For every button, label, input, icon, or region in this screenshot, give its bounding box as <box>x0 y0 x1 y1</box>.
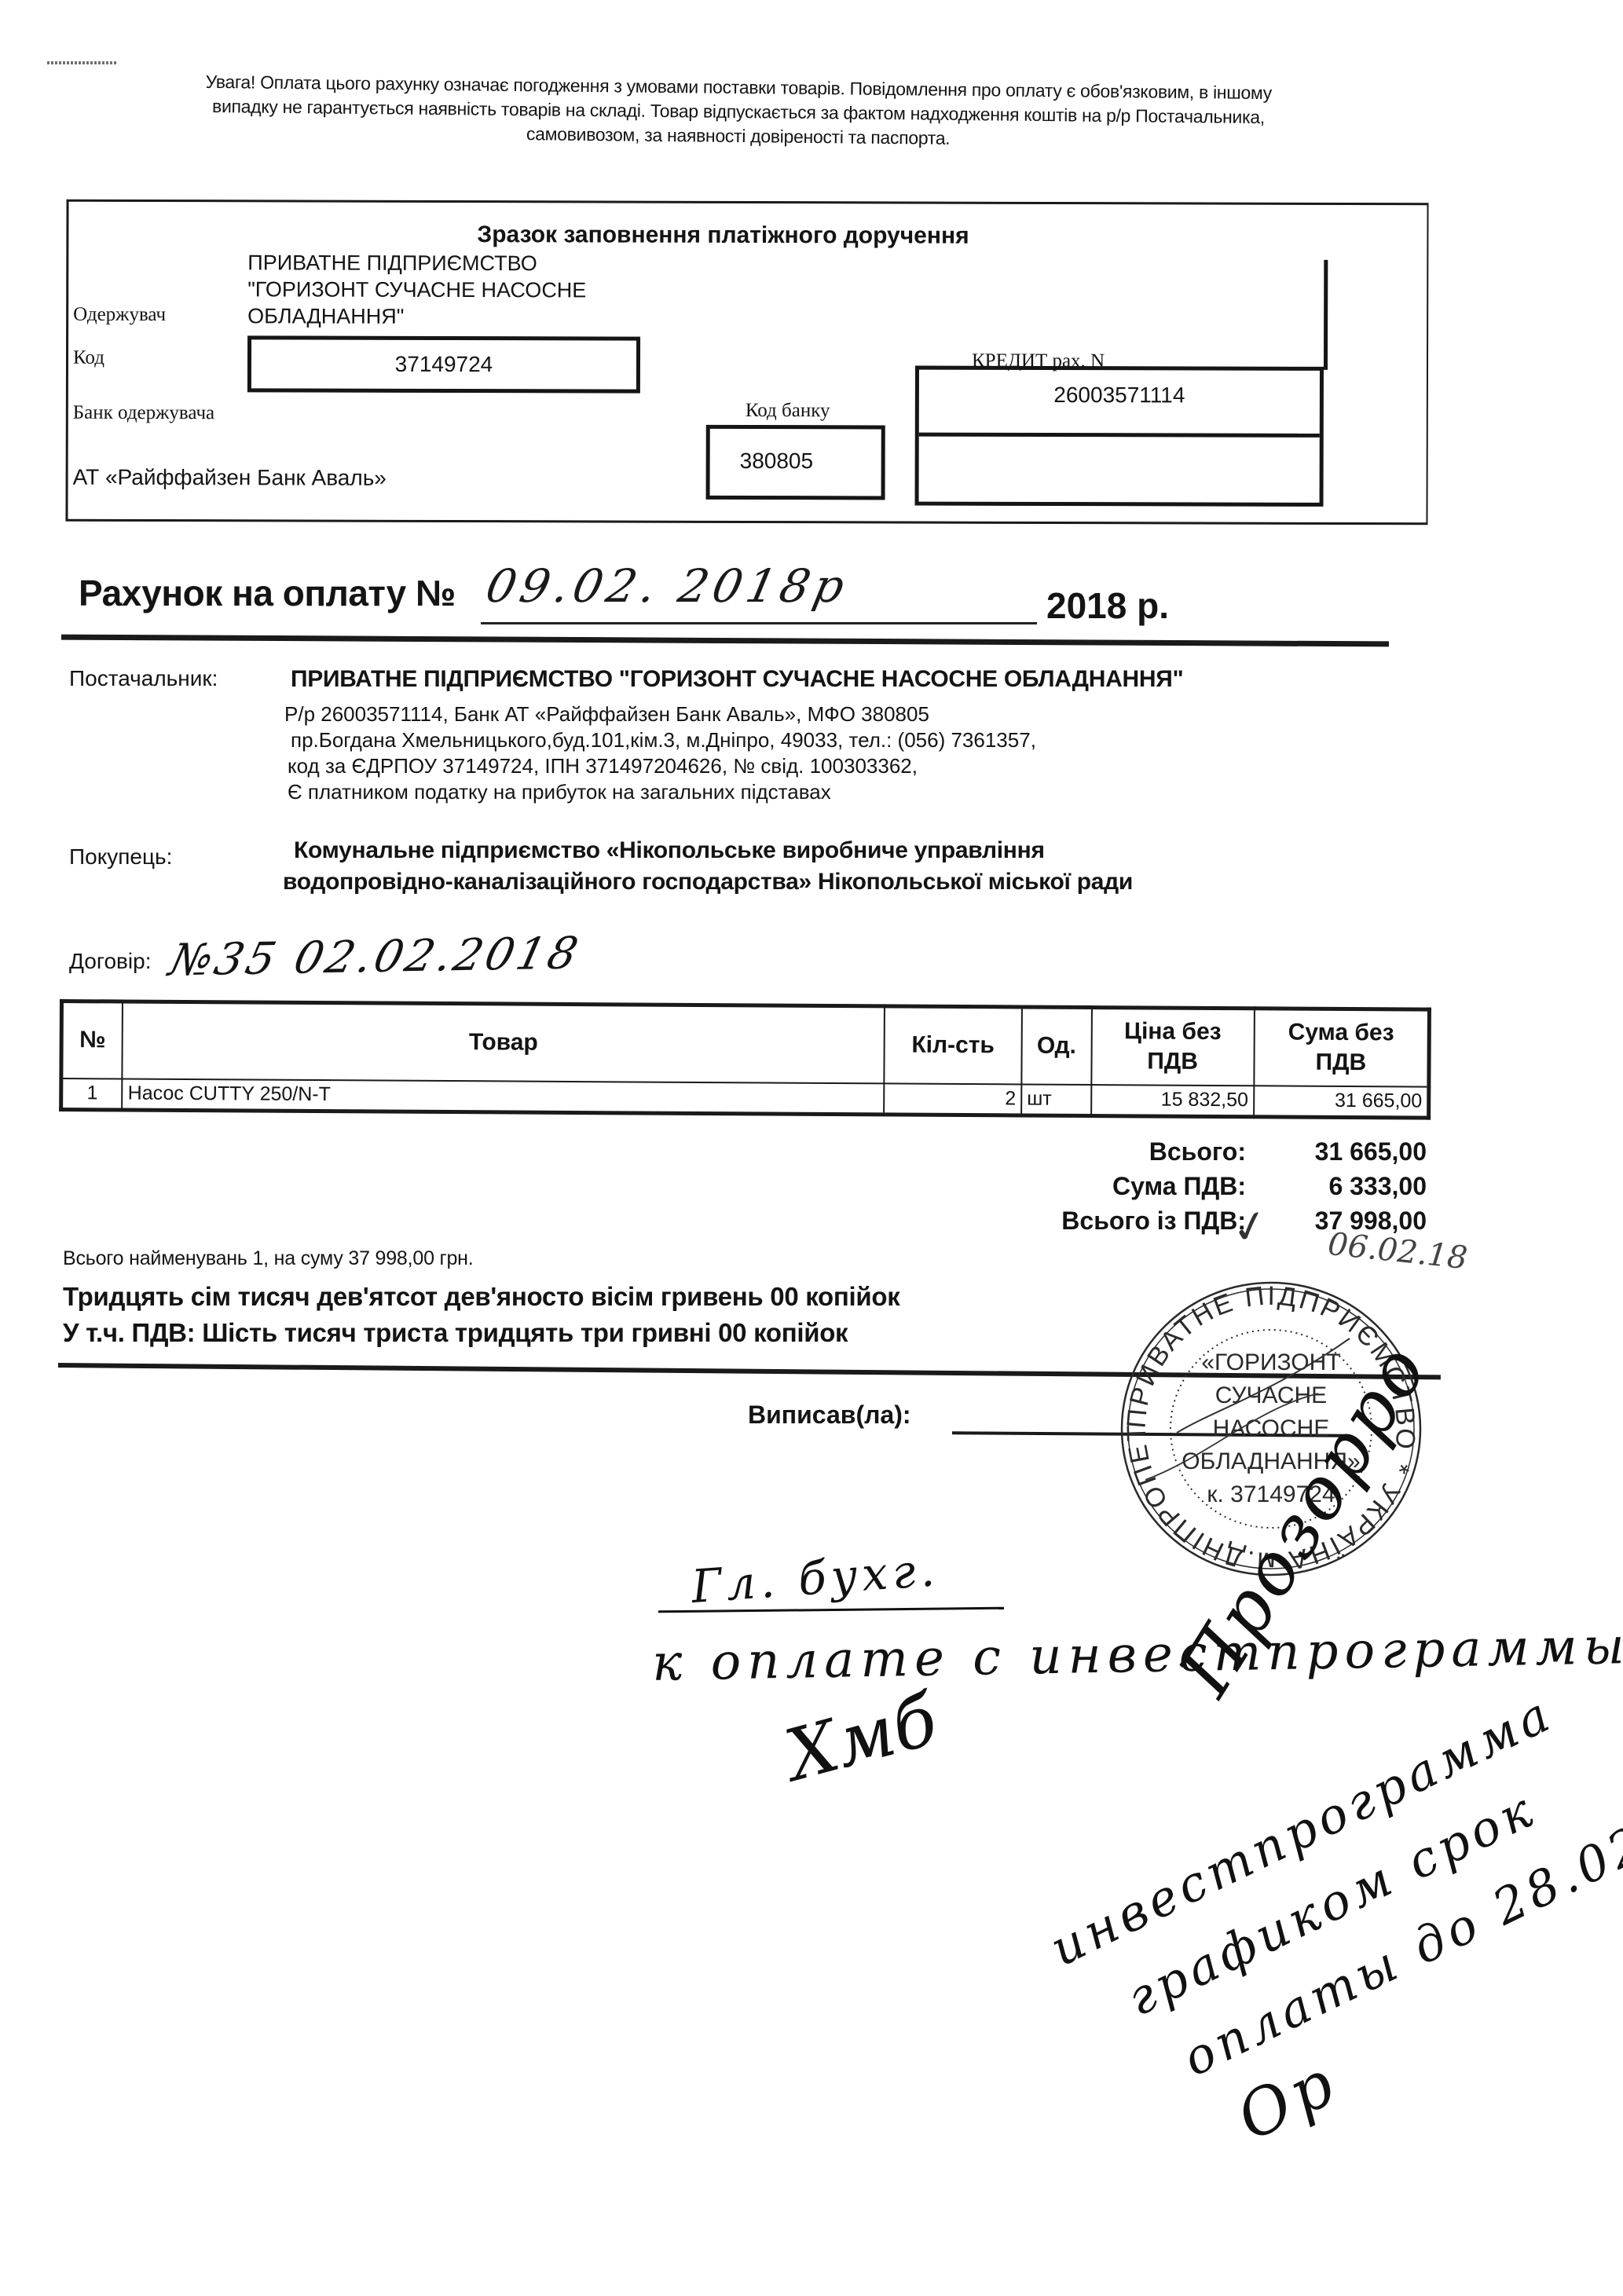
contract-label: Договір: <box>69 949 151 974</box>
total-label: Всього із ПДВ: <box>1061 1203 1246 1238</box>
subtotal-row: Всього: 31 665,00 <box>927 1134 1427 1169</box>
subtotal-value: 31 665,00 <box>1246 1134 1427 1169</box>
header-sum: Сума без ПДВ <box>1254 1009 1429 1086</box>
supplier-detail-line: код за ЄДРПОУ 37149724, ІПН 371497204626… <box>284 753 1036 779</box>
supplier-name: ПРИВАТНЕ ПІДПРИЄМСТВО "ГОРИЗОНТ СУЧАСНЕ … <box>291 666 1183 693</box>
recipient-bank-label: Банк одержувача <box>73 402 214 424</box>
cell-price: 15 832,50 <box>1091 1085 1254 1117</box>
header-qty: Кіл-сть <box>884 1006 1022 1084</box>
buyer-label: Покупець: <box>69 844 172 870</box>
items-table: № Товар Кіл-сть Од. Ціна без ПДВ Сума бе… <box>59 999 1431 1119</box>
supplier-details: Р/р 26003571114, Банк АТ «Райффайзен Бан… <box>284 701 1036 805</box>
amount-in-words: Тридцять сім тисяч дев'ятсот дев'яносто … <box>63 1279 899 1351</box>
buyer-name-line: водопровідно-каналізаційного господарств… <box>283 866 1133 898</box>
recipient-name-line: ПРИВАТНЕ ПІДПРИЄМСТВО <box>247 249 586 276</box>
handwritten-note: к оплате с инвестпрограммы <box>651 1617 1623 1693</box>
header-price: Ціна без ПДВ <box>1091 1008 1255 1086</box>
invoice-title: Рахунок на оплату № <box>79 572 456 614</box>
header-unit: Од. <box>1021 1007 1091 1085</box>
issued-by-label: Виписав(ла): <box>748 1401 911 1430</box>
code-label: Код <box>73 347 104 369</box>
vat-row: Сума ПДВ: 6 333,00 <box>927 1169 1427 1203</box>
payment-sample-title: Зразок заповнення платіжного доручення <box>477 222 969 250</box>
supplier-label: Постачальник: <box>69 666 218 691</box>
invoice-number-handwritten: 09.02. 2018р <box>482 559 854 613</box>
handwritten-note: Гл. бухг. <box>690 1543 941 1613</box>
supplier-detail-line: пр.Богдана Хмельницького,буд.101,кім.3, … <box>284 727 1036 753</box>
items-count-summary: Всього найменувань 1, на суму 37 998,00 … <box>63 1247 474 1270</box>
cell-name: Насос CUTTY 250/N-T <box>123 1078 885 1114</box>
recipient-bank-name: АТ «Райффайзен Банк Аваль» <box>73 465 387 491</box>
subtotal-label: Всього: <box>1149 1134 1246 1169</box>
handwritten-note-block: инвестпрограмма графиком срок оплаты до … <box>1037 1623 1623 2199</box>
stamp-inner-text: «ГОРИЗОНТ <box>1201 1349 1340 1375</box>
header-no: № <box>61 1002 123 1078</box>
cell-no: 1 <box>61 1078 123 1110</box>
recipient-name-line: ОБЛАДНАННЯ" <box>247 302 586 330</box>
vat-in-words: У т.ч. ПДВ: Шість тисяч триста тридцять … <box>63 1315 899 1351</box>
handwritten-date: 06.02.18 <box>1326 1226 1469 1276</box>
supplier-detail-line: Р/р 26003571114, Банк АТ «Райффайзен Бан… <box>284 701 1036 727</box>
payment-sample-box: Зразок заповнення платіжного доручення П… <box>65 200 1428 525</box>
invoice-year: 2018 р. <box>1046 584 1169 627</box>
buyer-name: Комунальне підприємство «Нікопольське ви… <box>283 835 1133 898</box>
credit-account-box: 26003571114 <box>915 366 1324 507</box>
payment-notice: Увага! Оплата цього рахунку означає пого… <box>47 68 1431 156</box>
credit-account-field: 26003571114 <box>919 370 1320 438</box>
recipient-label: Одержувач <box>73 304 166 326</box>
vat-label: Сума ПДВ: <box>1112 1169 1246 1203</box>
invoice-number-underline <box>481 622 1037 624</box>
contract-handwritten: №35 02.02.2018 <box>164 928 585 986</box>
recipient-code-field: 37149724 <box>247 335 640 393</box>
scan-artifact <box>47 61 118 64</box>
bank-code-field: 380805 <box>706 425 885 500</box>
handwritten-initials: Хмб <box>778 1679 946 1798</box>
supplier-detail-line: Є платником податку на прибуток на загал… <box>284 779 1036 805</box>
bank-code-label: Код банку <box>746 400 830 422</box>
vat-value: 6 333,00 <box>1246 1169 1427 1203</box>
buyer-name-line: Комунальне підприємство «Нікопольське ви… <box>283 835 1133 866</box>
recipient-name: ПРИВАТНЕ ПІДПРИЄМСТВО "ГОРИЗОНТ СУЧАСНЕ … <box>247 249 586 330</box>
table-header-row: № Товар Кіл-сть Од. Ціна без ПДВ Сума бе… <box>61 1002 1430 1087</box>
totals-block: Всього: 31 665,00 Сума ПДВ: 6 333,00 Всь… <box>927 1134 1427 1238</box>
cell-qty: 2 <box>884 1083 1021 1115</box>
divider <box>1324 260 1328 370</box>
header-name: Товар <box>123 1002 885 1083</box>
cell-sum: 31 665,00 <box>1254 1086 1429 1118</box>
recipient-name-line: "ГОРИЗОНТ СУЧАСНЕ НАСОСНЕ <box>247 276 586 303</box>
divider <box>61 635 1389 647</box>
cell-unit: шт <box>1021 1084 1091 1115</box>
total-in-words: Тридцять сім тисяч дев'ятсот дев'яносто … <box>63 1279 899 1315</box>
